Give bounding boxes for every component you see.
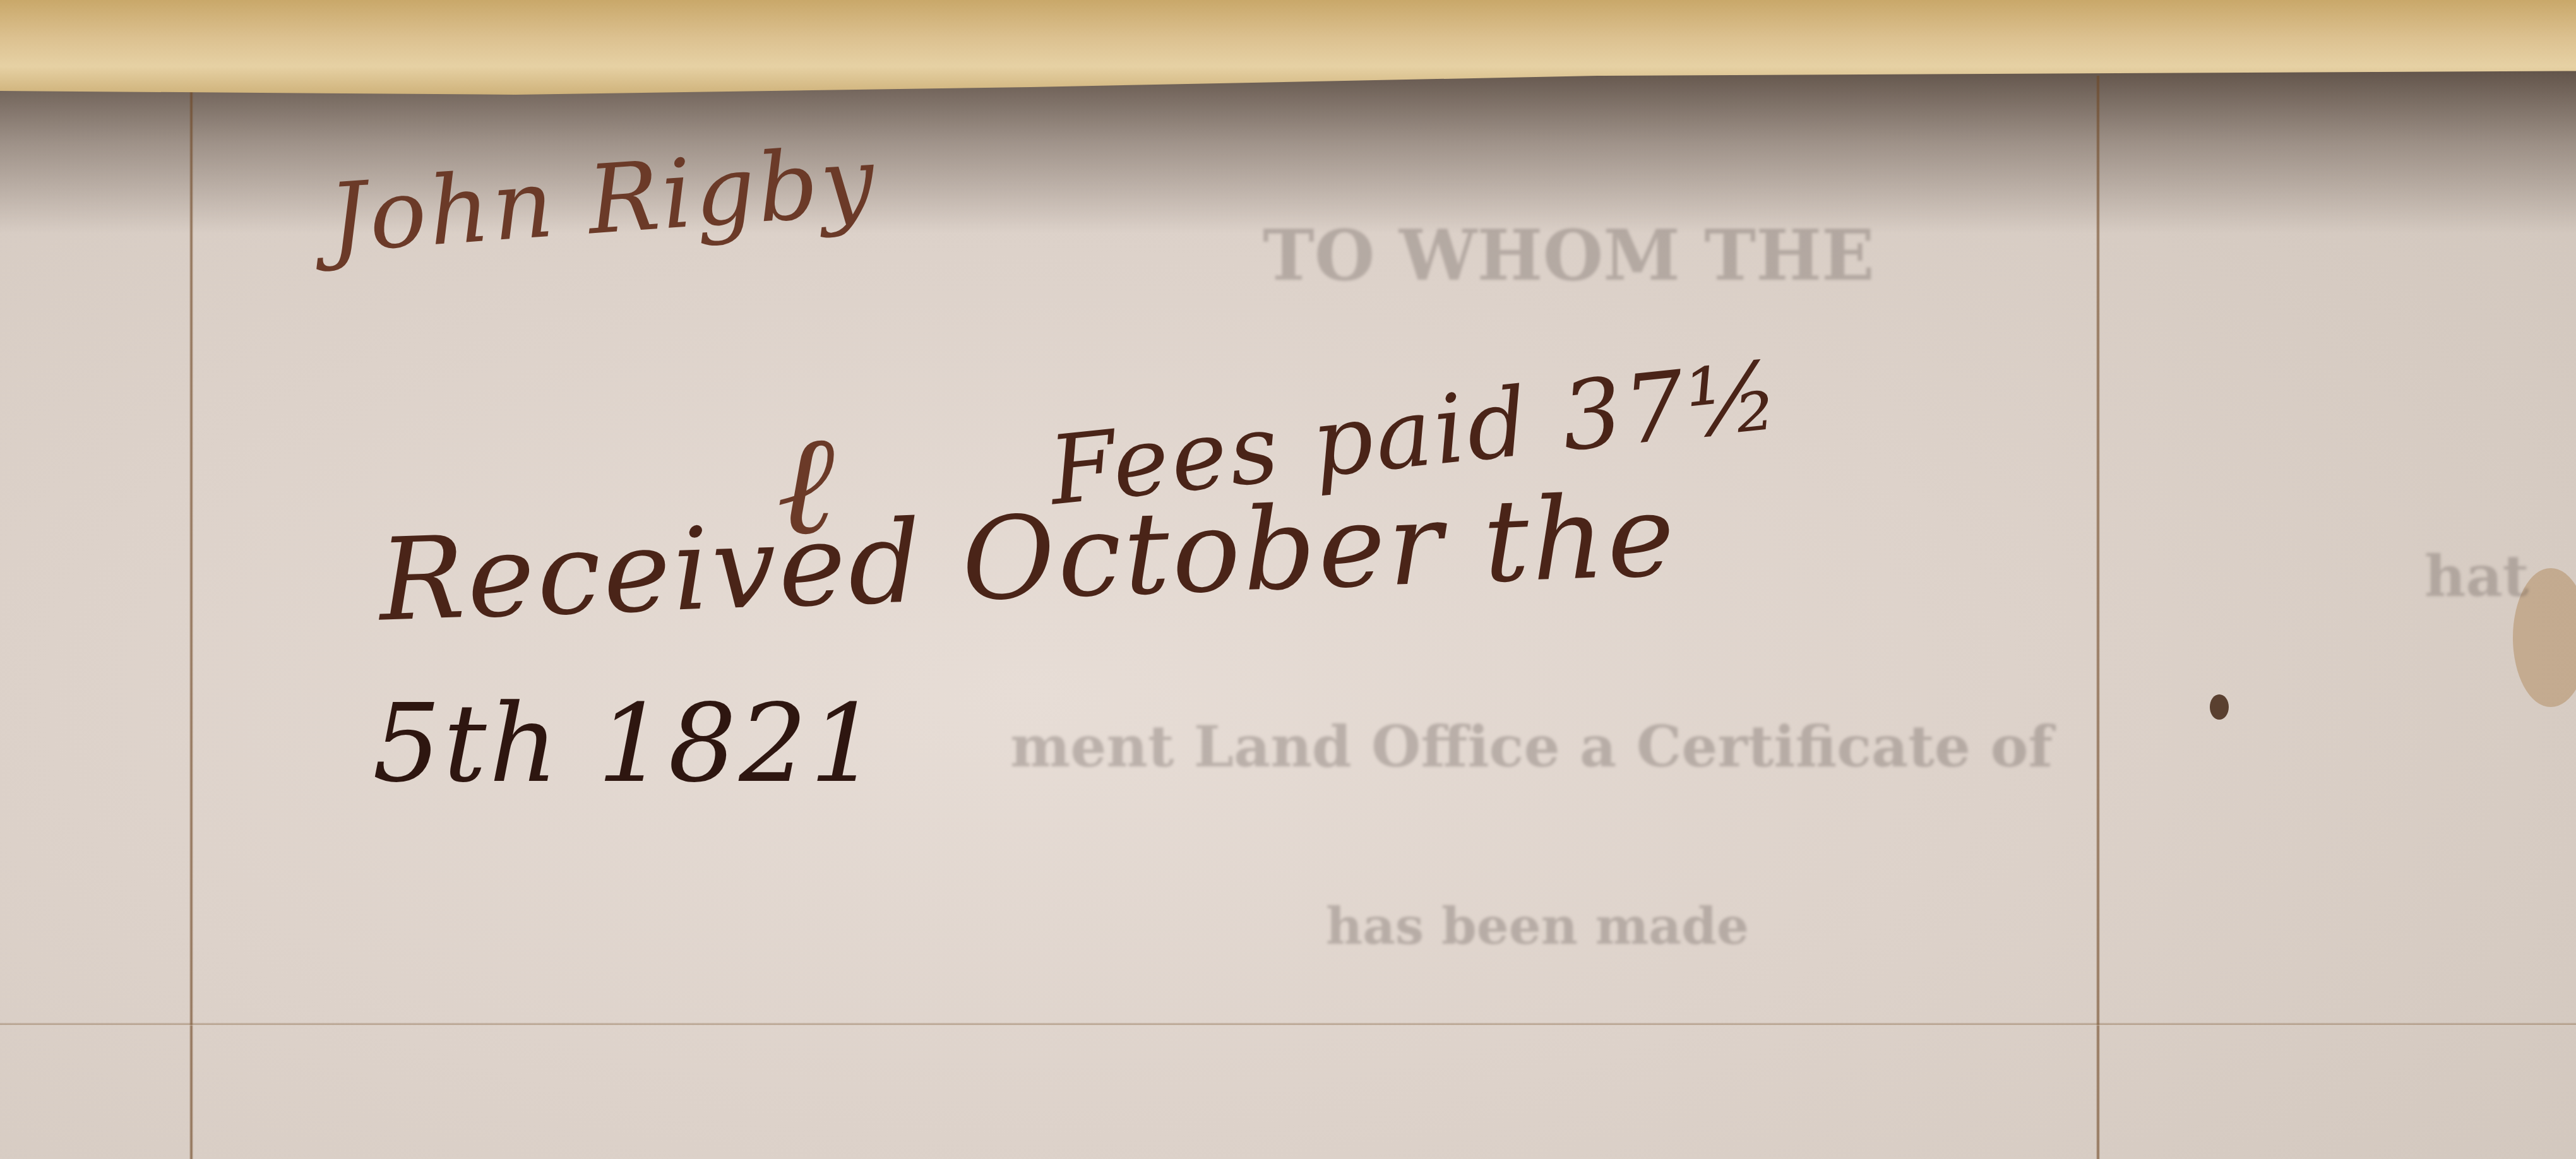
decorative-flourish: ℓ [777, 404, 837, 566]
printed-lower-fragment: has been made [1326, 896, 1749, 956]
vertical-fold-right [2096, 76, 2100, 1159]
date-line: 5th 1821 [373, 682, 881, 807]
horizontal-fold [0, 1023, 2576, 1026]
ink-spot [2210, 694, 2229, 720]
vertical-fold-left [189, 76, 193, 1159]
printed-middle-fragment: ment Land Office a Certificate of [1010, 713, 2053, 780]
printed-fragment-right: hat [2424, 543, 2529, 610]
printed-header-fragment: TO WHOM THE [1263, 215, 1875, 296]
